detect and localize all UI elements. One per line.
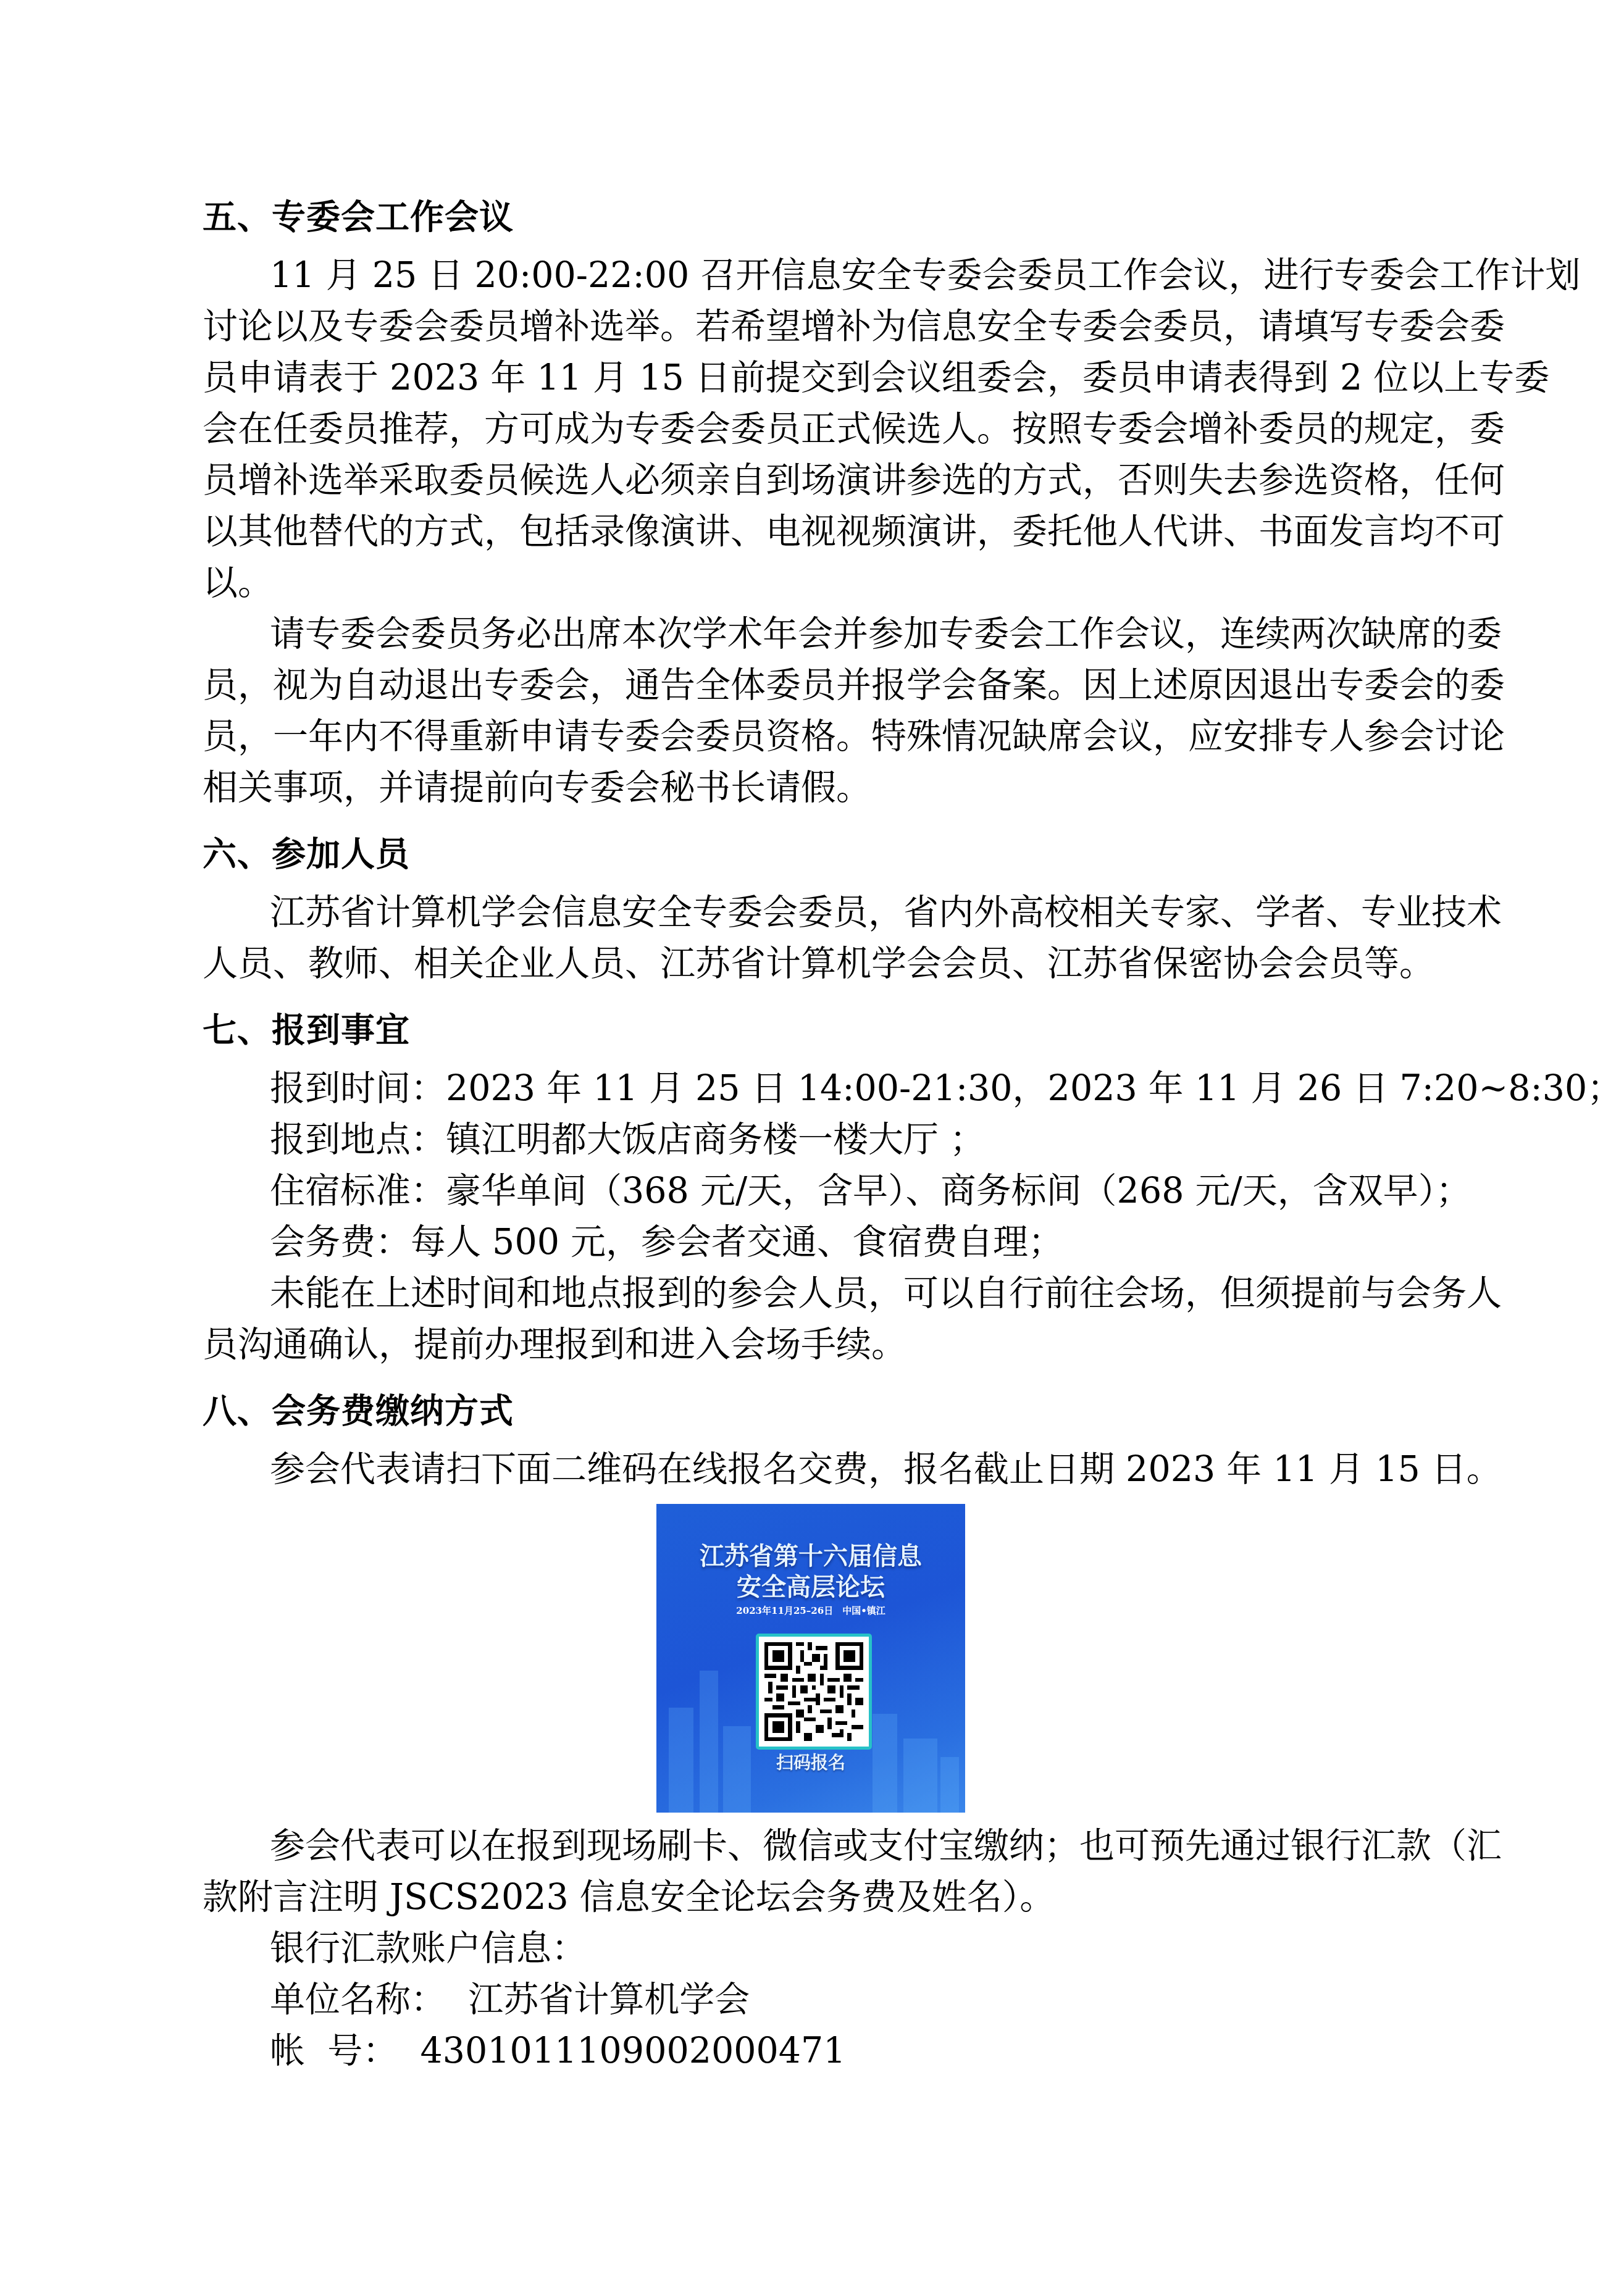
qr-intro-text: 参会代表请扫下面二维码在线报名交费，报名截止日期 2023 年 11 月 15 … <box>203 1444 1414 1495</box>
text-line: 未能在上述时间和地点报到的参会人员，可以自行前往会场，但须提前与会务人 <box>203 1268 1414 1319</box>
poster-scan-caption: 扫码报名 <box>656 1750 965 1774</box>
text-line: 员，视为自动退出专委会，通告全体委员并报学会备案。因上述原因退出专委会的委 <box>203 660 1414 711</box>
section-heading-6: 六、参加人员 <box>203 829 1414 880</box>
registration-location: 报到地点：镇江明都大饭店商务楼一楼大厅 ； <box>203 1114 1414 1166</box>
poster-title-line2: 安全高层论坛 <box>656 1572 965 1603</box>
poster-date-location: 2023年11月25–26日 中国•镇江 <box>656 1604 965 1617</box>
section-heading-5: 五、专委会工作会议 <box>203 191 1414 243</box>
poster-title-line1: 江苏省第十六届信息 <box>656 1541 965 1572</box>
text-line: 人员、教师、相关企业人员、江苏省计算机学会会员、江苏省保密协会会员等。 <box>203 938 1414 990</box>
text-line: 11 月 25 日 20:00-22:00 召开信息安全专委会委员工作会议，进行… <box>203 250 1414 301</box>
text-line: 讨论以及专委会委员增补选举。若希望增补为信息安全专委会委员，请填写专委会委 <box>203 301 1414 353</box>
text-line: 请专委会委员务必出席本次学术年会并参加专委会工作会议，连续两次缺席的委 <box>203 609 1414 660</box>
text-line: 员增补选举采取委员候选人必须亲自到场演讲参选的方式，否则失去参选资格，任何 <box>203 455 1414 506</box>
text-line: 员申请表于 2023 年 11 月 15 日前提交到会议组委会，委员申请表得到 … <box>203 353 1414 404</box>
accommodation-standard: 住宿标准：豪华单间（368 元/天，含早）、商务标间（268 元/天，含双早）； <box>203 1166 1414 1217</box>
section-heading-8: 八、会务费缴纳方式 <box>203 1385 1414 1437</box>
qr-code[interactable] <box>756 1634 872 1750</box>
paragraph: 江苏省计算机学会信息安全专委会委员，省内外高校相关专家、学者、专业技术 人员、教… <box>203 887 1414 990</box>
paragraph: 11 月 25 日 20:00-22:00 召开信息安全专委会委员工作会议，进行… <box>203 250 1414 609</box>
document-page: 五、专委会工作会议 11 月 25 日 20:00-22:00 召开信息安全专委… <box>203 191 1414 2077</box>
text-line: 员沟通确认，提前办理报到和进入会场手续。 <box>203 1319 1414 1371</box>
text-line: 相关事项，并请提前向专委会秘书长请假。 <box>203 762 1414 814</box>
paragraph: 请专委会委员务必出席本次学术年会并参加专委会工作会议，连续两次缺席的委 员，视为… <box>203 609 1414 814</box>
section-heading-7: 七、报到事宜 <box>203 1004 1414 1056</box>
text-line: 以其他替代的方式，包括录像演讲、电视视频演讲，委托他人代讲、书面发言均不可 <box>203 506 1414 557</box>
conference-fee: 会务费：每人 500 元，参会者交通、食宿费自理； <box>203 1217 1414 1268</box>
bank-info-label: 银行汇款账户信息： <box>203 1923 1414 1974</box>
text-line: 会在任委员推荐，方可成为专委会委员正式候选人。按照专委会增补委员的规定，委 <box>203 404 1414 455</box>
paragraph: 未能在上述时间和地点报到的参会人员，可以自行前往会场，但须提前与会务人 员沟通确… <box>203 1268 1414 1371</box>
bank-account-name: 单位名称： 江苏省计算机学会 <box>203 1974 1414 2026</box>
text-line: 江苏省计算机学会信息安全专委会委员，省内外高校相关专家、学者、专业技术 <box>203 887 1414 938</box>
registration-qr-poster[interactable]: 江苏省第十六届信息 安全高层论坛 2023年11月25–26日 中国•镇江 <box>656 1504 965 1813</box>
text-line: 员，一年内不得重新申请专委会委员资格。特殊情况缺席会议，应安排专人参会讨论 <box>203 711 1414 762</box>
text-line: 款附言注明 JSCS2023 信息安全论坛会务费及姓名）。 <box>203 1872 1414 1923</box>
registration-time: 报到时间：2023 年 11 月 25 日 14:00-21:30，2023 年… <box>203 1063 1414 1114</box>
qr-code-icon <box>764 1642 863 1741</box>
qr-poster-block: 江苏省第十六届信息 安全高层论坛 2023年11月25–26日 中国•镇江 <box>203 1495 1414 1821</box>
text-line: 参会代表可以在报到现场刷卡、微信或支付宝缴纳；也可预先通过银行汇款（汇 <box>203 1821 1414 1872</box>
text-line: 以。 <box>203 557 1414 609</box>
skyline-building <box>700 1671 718 1813</box>
bank-account-number: 帐 号： 4301011109002000471 <box>203 2026 1414 2077</box>
paragraph: 参会代表可以在报到现场刷卡、微信或支付宝缴纳；也可预先通过银行汇款（汇 款附言注… <box>203 1821 1414 1923</box>
